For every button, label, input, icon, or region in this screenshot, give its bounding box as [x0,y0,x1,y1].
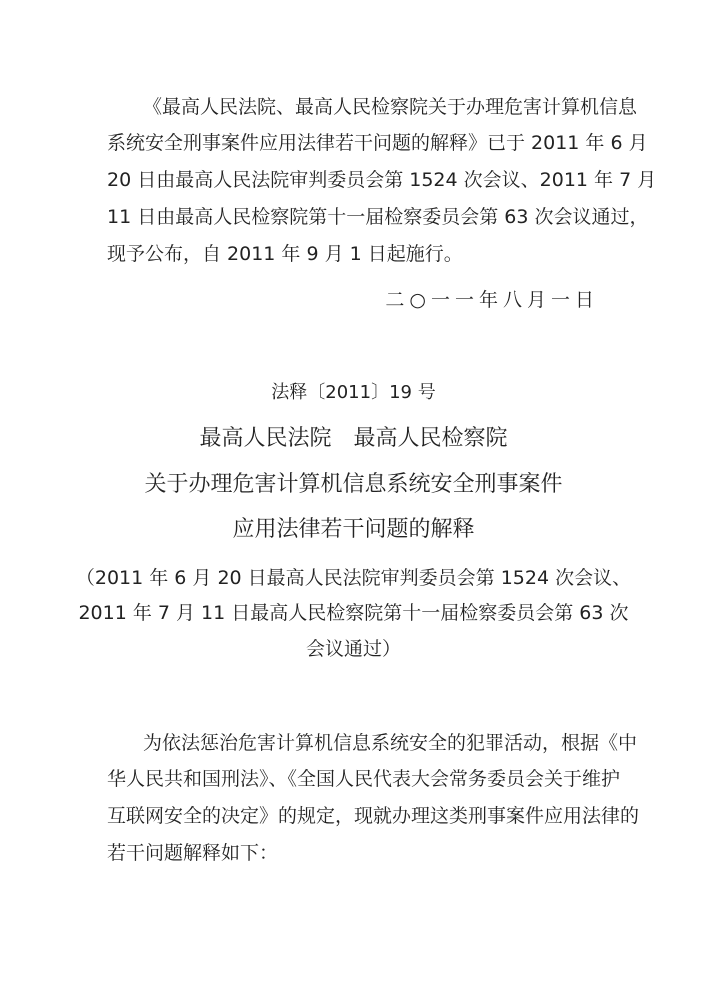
document-issuers: 最高人民法院 最高人民检察院 [0,425,707,453]
adoption-note-line: 会议通过） [0,637,707,661]
notice-date: 二○一一年八月一日 [385,288,599,312]
notice-paragraph-line: 11 日由最高人民检察院第十一届检察委员会第 63 次会议通过， [107,205,648,229]
document-title-line: 关于办理危害计算机信息系统安全刑事案件 [0,471,707,499]
adoption-note-line: （2011 年 6 月 20 日最高人民法院审判委员会第 1524 次会议、 [0,566,707,590]
notice-paragraph-line: 系统安全刑事案件应用法律若干问题的解释》已于 2011 年 6 月 [107,131,648,155]
preamble-line: 华人民共和国刑法》、《全国人民代表大会常务委员会关于维护 [107,767,620,791]
preamble-line: 为依法惩治危害计算机信息系统安全的犯罪活动，根据《中 [143,731,637,755]
adoption-note-line: 2011 年 7 月 11 日最高人民检察院第十一届检察委员会第 63 次 [0,601,707,625]
document-title-line: 应用法律若干问题的解释 [0,516,707,544]
notice-paragraph-line: 《最高人民法院、最高人民检察院关于办理危害计算机信息 [143,95,637,119]
notice-paragraph-line: 20 日由最高人民法院审判委员会第 1524 次会议、2011 年 7 月 [107,168,656,192]
preamble-line: 互联网安全的决定》的规定，现就办理这类刑事案件应用法律的 [107,804,639,828]
preamble-line: 若干问题解释如下： [107,841,278,865]
document-number: 法释〔2011〕19 号 [0,381,707,405]
notice-paragraph-line: 现予公布，自 2011 年 9 月 1 日起施行。 [107,242,463,266]
